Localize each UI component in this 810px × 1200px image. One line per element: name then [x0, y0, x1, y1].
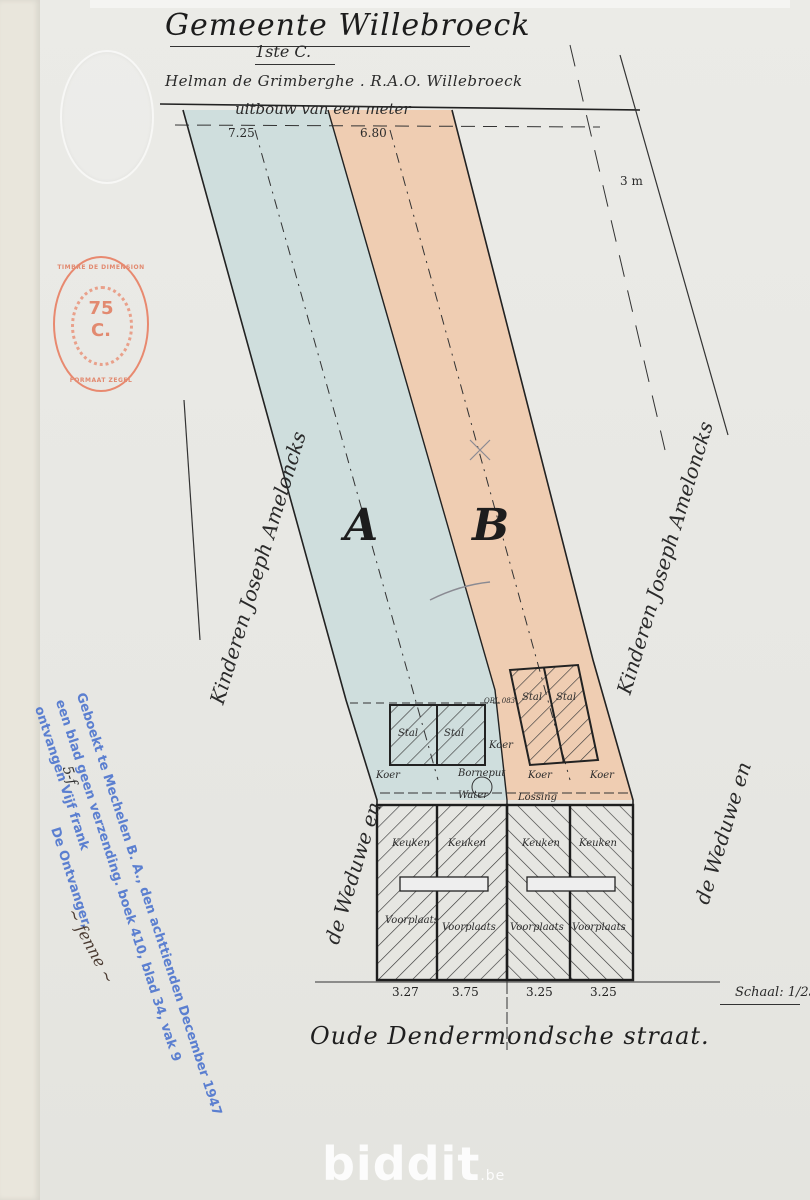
- scale-label: Schaal: 1/250: [735, 985, 810, 1000]
- utility-lossing: Lossing: [518, 792, 557, 803]
- room-voorplaats-2: Voorplaats: [442, 922, 496, 933]
- top-note: uitbouw van een meter: [235, 100, 411, 118]
- revenue-stamp-top-text: TIMBRE DE DIMENSION: [55, 264, 147, 271]
- room-note: OBL 083: [484, 697, 515, 705]
- room-keuken-4: Keuken: [579, 838, 617, 849]
- room-voorplaats-3: Voorplaats: [510, 922, 564, 933]
- room-koer-4: Koer: [590, 770, 614, 781]
- frontage-dimension-2: 3.75: [452, 985, 479, 999]
- street-name: Oude Dendermondsche straat.: [310, 1022, 710, 1050]
- lot-a-label: A: [344, 500, 378, 551]
- room-stal-1: Stal: [398, 728, 418, 739]
- municipality-title: Gemeente Willebroeck: [165, 8, 531, 43]
- top-dimension-b: 6.80: [360, 126, 387, 140]
- room-koer-1: Koer: [376, 770, 400, 781]
- room-keuken-3: Keuken: [522, 838, 560, 849]
- room-voorplaats-1: Voorplaats: [385, 915, 439, 926]
- room-stal-2: Stal: [444, 728, 464, 739]
- revenue-stamp-unit: C.: [55, 320, 147, 341]
- revenue-stamp: TIMBRE DE DIMENSION 75 C. FORMAAT ZEGEL: [53, 256, 149, 392]
- frontage-dimension-4: 3.25: [590, 985, 617, 999]
- title-underline: [170, 46, 470, 47]
- lot-b-label: B: [472, 500, 509, 551]
- room-keuken-1: Keuken: [392, 838, 430, 849]
- top-dimension-a: 7.25: [228, 126, 255, 140]
- revenue-stamp-bottom-text: FORMAAT ZEGEL: [55, 377, 147, 384]
- room-voorplaats-4: Voorplaats: [572, 922, 626, 933]
- biddit-watermark: biddit.be: [322, 1137, 505, 1191]
- watermark-tld: .be: [480, 1168, 505, 1184]
- revenue-stamp-value: 75: [55, 298, 147, 319]
- room-keuken-2: Keuken: [448, 838, 486, 849]
- scanned-plan-document: Gemeente Willebroeck 1ste C. Helman de G…: [0, 0, 810, 1200]
- utility-water: Water: [458, 790, 488, 801]
- frontage-dimension-3: 3.25: [526, 985, 553, 999]
- frontage-dimension-1: 3.27: [392, 985, 419, 999]
- room-koer-3: Koer: [528, 770, 552, 781]
- scale-underline: [720, 1004, 800, 1005]
- watermark-brand: biddit: [322, 1137, 480, 1191]
- room-koer-2: Koer: [489, 740, 513, 751]
- section-underline: [255, 64, 335, 65]
- room-stal-4: Stal: [556, 692, 576, 703]
- applicant-line: Helman de Grimberghe . R.A.O. Willebroec…: [165, 72, 523, 90]
- utility-borneput: Borneput: [458, 768, 505, 779]
- section-label: 1ste C.: [255, 42, 311, 61]
- side-dimension: 3 m: [620, 174, 643, 188]
- room-stal-3: Stal: [522, 692, 542, 703]
